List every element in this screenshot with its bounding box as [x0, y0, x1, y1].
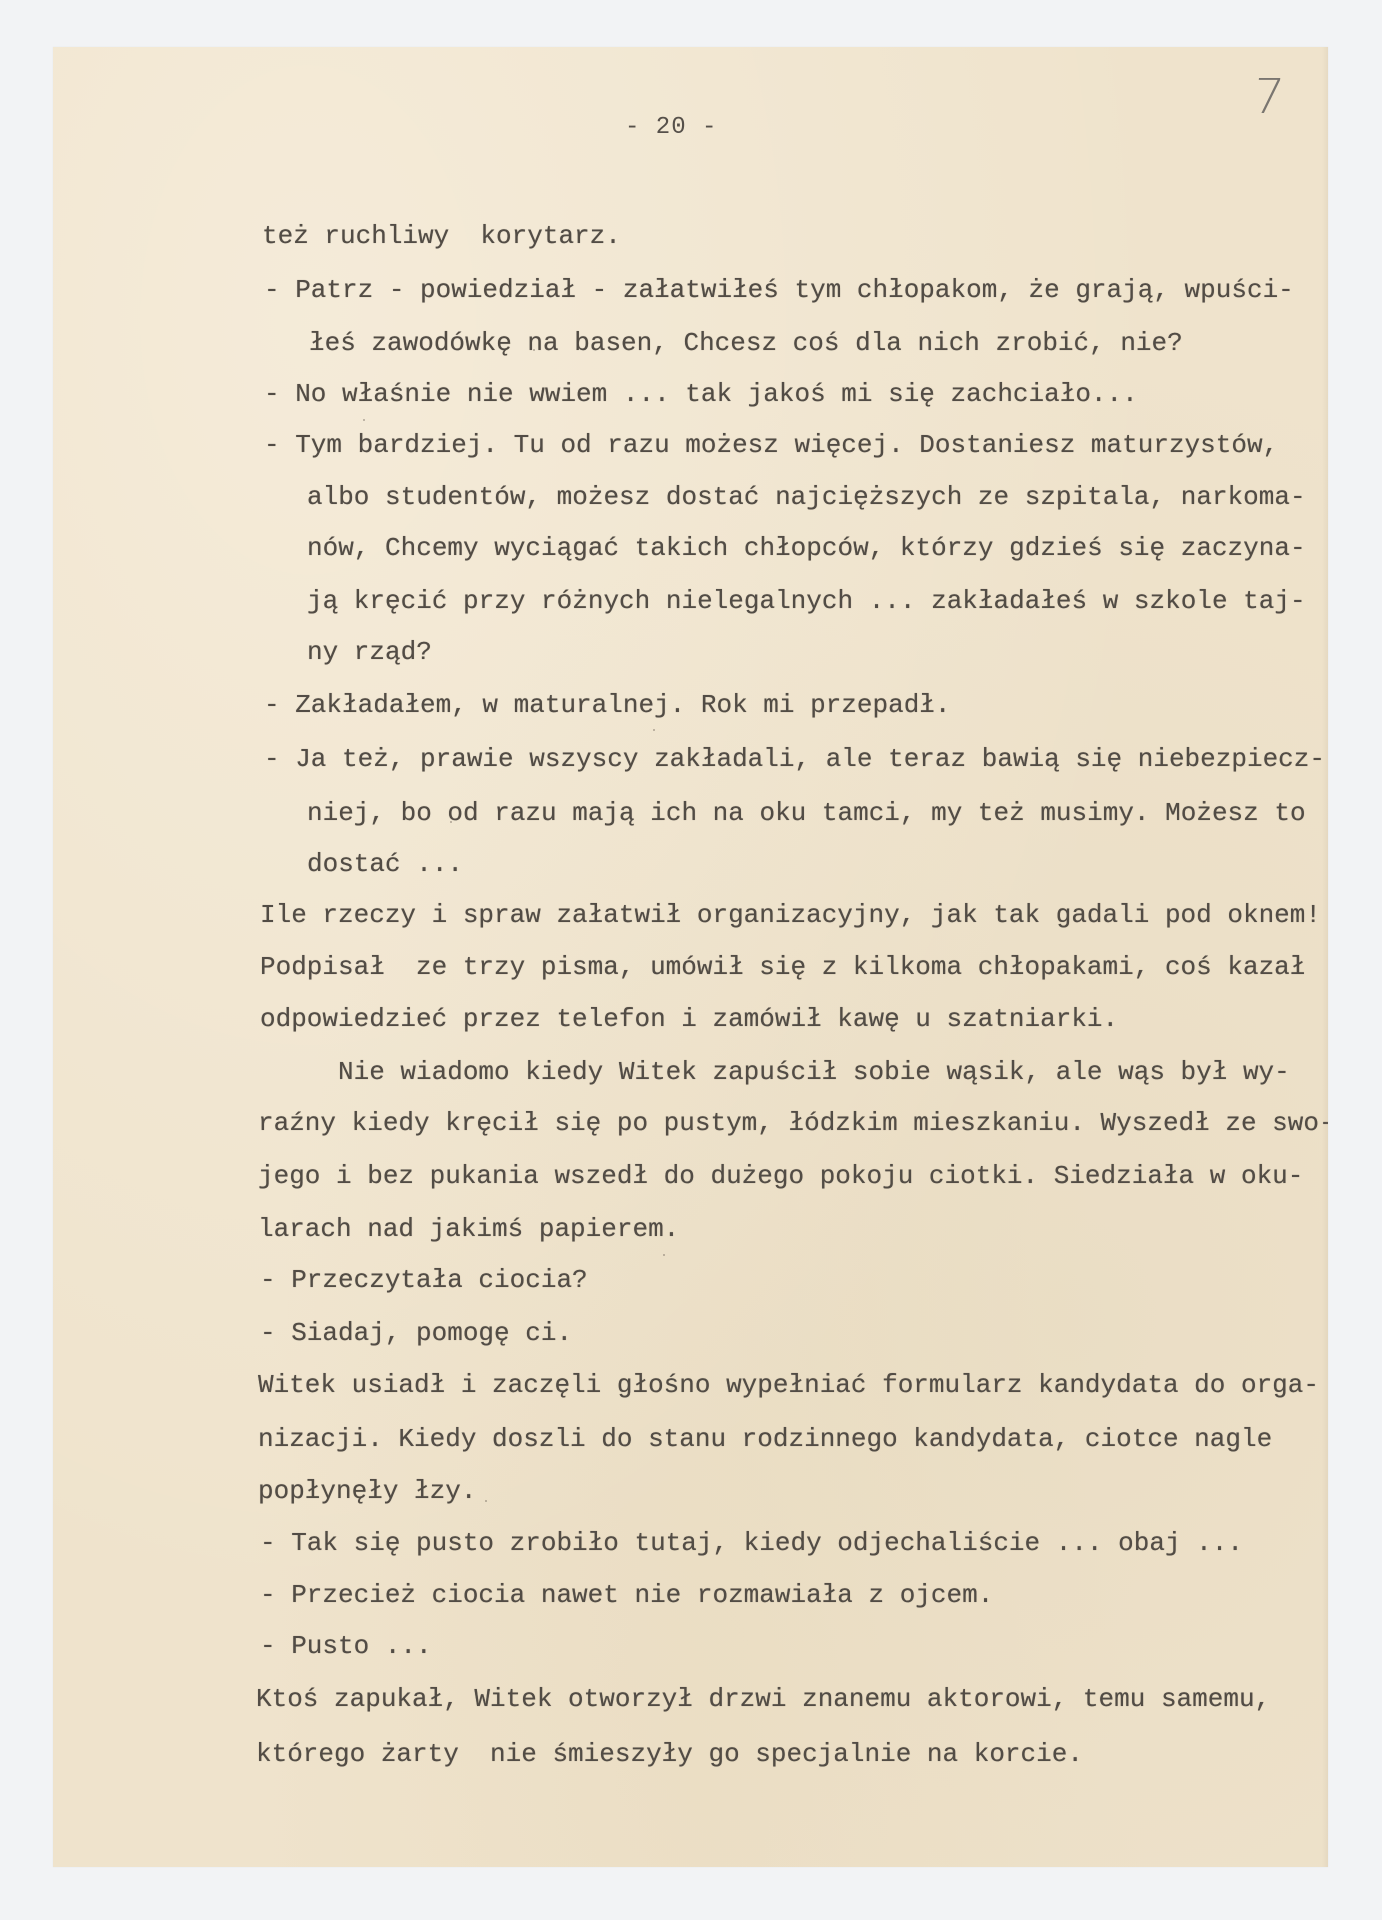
text-line: którego żarty nie śmieszyły go specjalni…: [256, 1739, 1083, 1769]
text-line: Ile rzeczy i spraw załatwił organizacyjn…: [260, 900, 1321, 930]
text-line: popłynęły łzy.: [258, 1476, 476, 1506]
text-line: Witek usiadł i zaczęli głośno wypełniać …: [258, 1370, 1319, 1400]
text-line: larach nad jakimś papierem.: [258, 1214, 679, 1244]
text-line: - Patrz - powiedział - załatwiłeś tym ch…: [264, 275, 1294, 305]
text-line: Ktoś zapukał, Witek otworzył drzwi znane…: [256, 1684, 1270, 1714]
paper-speck: [363, 419, 365, 421]
text-line: łeś zawodówkę na basen, Chcesz coś dla n…: [309, 328, 1183, 358]
text-line: Podpisał ze trzy pisma, umówił się z kil…: [260, 952, 1305, 982]
handwritten-folio-number: 7: [1250, 69, 1286, 125]
page-number: - 20 -: [625, 114, 717, 141]
text-line: - Ja też, prawie wszyscy zakładali, ale …: [264, 744, 1325, 774]
paper-speck: [653, 729, 655, 731]
text-line: - Siadaj, pomogę ci.: [260, 1318, 572, 1348]
text-line: raźny kiedy kręcił się po pustym, łódzki…: [258, 1108, 1328, 1138]
text-line: nów, Chcemy wyciągać takich chłopców, kt…: [307, 533, 1306, 563]
text-line: dostać ...: [307, 849, 463, 879]
text-line: odpowiedzieć przez telefon i zamówił kaw…: [260, 1004, 1118, 1034]
text-line: - No właśnie nie wwiem ... tak jakoś mi …: [264, 379, 1138, 409]
paper-speck: [663, 1254, 665, 1256]
paper-speck: [485, 1500, 487, 1502]
text-line: Nie wiadomo kiedy Witek zapuścił sobie w…: [338, 1057, 1290, 1087]
text-line: ją kręcić przy różnych nielegalnych ... …: [307, 586, 1306, 616]
text-line: albo studentów, możesz dostać najcięższy…: [307, 482, 1306, 512]
text-line: niej, bo od razu mają ich na oku tamci, …: [307, 798, 1306, 828]
paper-speck: [533, 349, 535, 351]
text-line: ny rząd?: [307, 637, 432, 667]
paper-speck: [316, 496, 318, 498]
text-line: - Tym bardziej. Tu od razu możesz więcej…: [264, 430, 1278, 460]
paper-speck: [450, 821, 452, 823]
text-line: - Przeczytała ciocia?: [260, 1265, 588, 1295]
typewritten-page: 7 - 20 - też ruchliwy korytarz. - Patrz …: [53, 47, 1328, 1867]
text-line: jego i bez pukania wszedł do dużego poko…: [258, 1161, 1303, 1191]
text-line: - Przecież ciocia nawet nie rozmawiała z…: [260, 1580, 993, 1610]
text-line: też ruchliwy korytarz.: [262, 221, 621, 251]
text-line: - Zakładałem, w maturalnej. Rok mi przep…: [264, 690, 951, 720]
text-line: - Pusto ...: [260, 1631, 432, 1661]
text-line: nizacji. Kiedy doszli do stanu rodzinneg…: [258, 1424, 1272, 1454]
text-line: - Tak się pusto zrobiło tutaj, kiedy odj…: [260, 1528, 1243, 1558]
